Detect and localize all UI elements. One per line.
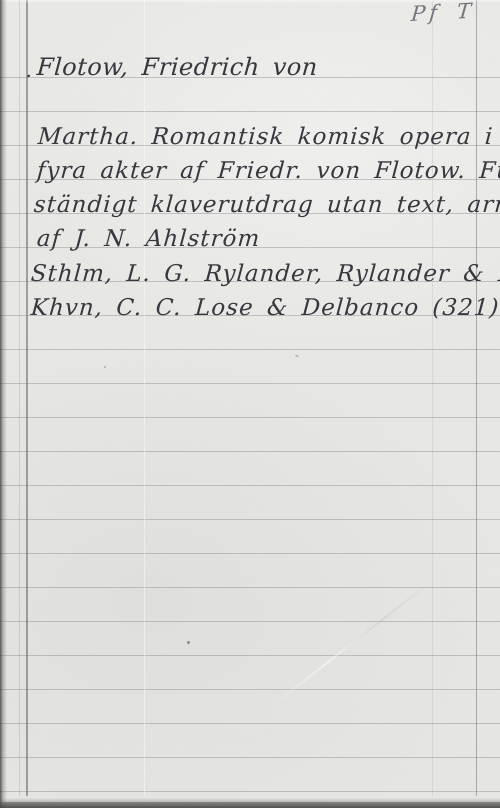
card-left-edge [0, 0, 7, 808]
body-line-title-cont: fyra akter af Friedr. von Flotow. Full- [36, 158, 500, 184]
paper-speck [187, 641, 190, 644]
card-bottom-edge-shadow [0, 798, 500, 808]
left-margin-line [26, 0, 28, 796]
body-line-publisher-2: Khvn, C. C. Lose & Delbanco (321) [30, 295, 500, 321]
right-margin-line [476, 0, 477, 796]
heading-composer-name: Flotow, Friedrich von [36, 53, 319, 81]
classmark-annotation: Pf T [410, 0, 476, 26]
body-line-title: Martha. Romantisk komisk opera i [37, 124, 494, 150]
scanned-catalog-card: Pf T . Flotow, Friedrich von Martha. Rom… [0, 0, 500, 808]
body-line-arranger: af J. N. Ahlström [36, 226, 261, 252]
paper-crease [432, 0, 433, 796]
body-line-publisher-1: Sthlm, L. G. Rylander, Rylander & Komp., [30, 261, 500, 287]
body-line-description: ständigt klaverutdrag utan text, arr. [33, 192, 500, 218]
card-top-edge [0, 0, 500, 3]
paper-card: Pf T . Flotow, Friedrich von Martha. Rom… [0, 0, 500, 802]
left-margin-line-faint [19, 0, 20, 796]
paper-speck [104, 366, 106, 368]
ruled-lines [0, 44, 500, 796]
paper-crease [144, 0, 145, 796]
